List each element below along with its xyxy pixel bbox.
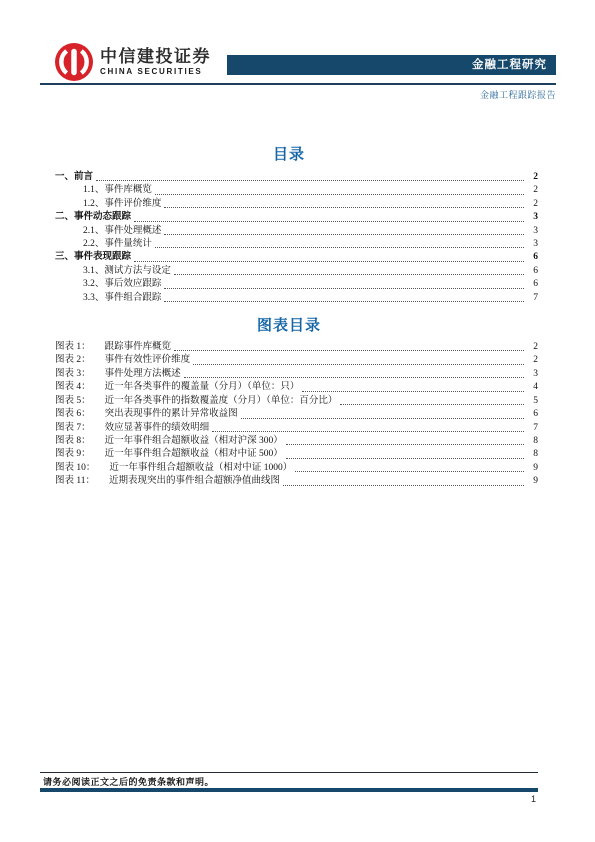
figure-entry-title: 事件有效性评价维度	[105, 354, 191, 367]
figure-entry[interactable]: 图表 8：近一年事件组合超额收益（相对沪深 300）8	[40, 435, 538, 448]
figure-entry-page: 7	[526, 422, 538, 435]
figure-entry-no: 图表 2：	[55, 354, 91, 367]
toc-entry-page: 3	[526, 211, 538, 224]
dot-leader	[340, 404, 524, 405]
dot-leader	[174, 350, 524, 351]
figure-entry-title: 近一年事件组合超额收益（相对沪深 300）	[105, 435, 283, 448]
company-logo: 中信建投证券 CHINA SECURITIES	[55, 43, 211, 81]
toc-entry-label: 1.2、事件评价维度	[83, 198, 161, 211]
figure-entry[interactable]: 图表 3：事件处理方法概述3	[40, 368, 538, 381]
toc-entry-page: 6	[526, 278, 538, 291]
figure-entry-page: 6	[526, 408, 538, 421]
toc-entry[interactable]: 1.2、事件评价维度2	[40, 198, 538, 211]
toc-entry-page: 3	[526, 238, 538, 251]
figure-entry[interactable]: 图表 5：近一年各类事件的指数覆盖度（分月）（单位：百分比）5	[40, 395, 538, 408]
figure-entry-no: 图表 6：	[55, 408, 91, 421]
dot-leader	[155, 247, 524, 248]
figure-entry-page: 8	[526, 448, 538, 461]
figure-entry[interactable]: 图表 6：突出表现事件的累计异常收益图6	[40, 408, 538, 421]
toc-entry-label: 3.2、事后效应跟踪	[83, 278, 161, 291]
dot-leader	[193, 364, 524, 365]
figure-entry-title: 近期表现突出的事件组合超额净值曲线图	[109, 475, 280, 488]
figure-entry-page: 2	[526, 341, 538, 354]
toc-entry-label: 二、事件动态跟踪	[55, 211, 131, 224]
figure-entry-no: 图表 5：	[55, 395, 91, 408]
toc-entry-page: 6	[526, 265, 538, 278]
toc-entry[interactable]: 二、事件动态跟踪3	[40, 211, 538, 224]
footer-divider-thin	[40, 772, 538, 773]
toc-entry-page: 2	[526, 198, 538, 211]
figure-entry-title: 效应显著事件的绩效明细	[105, 422, 210, 435]
toc-entry[interactable]: 2.1、事件处理概述3	[40, 225, 538, 238]
figure-entry-page: 5	[526, 395, 538, 408]
toc-entry-label: 3.1、测试方法与设定	[83, 265, 171, 278]
dot-leader	[164, 234, 524, 235]
figure-entry-title: 事件处理方法概述	[105, 368, 181, 381]
dot-leader	[295, 471, 524, 472]
dot-leader	[96, 180, 524, 181]
logo-name-cn: 中信建投证券	[100, 47, 211, 67]
toc-entry-label: 1.1、事件库概览	[83, 184, 152, 197]
dot-leader	[155, 194, 524, 195]
figure-entry-no: 图表 7：	[55, 422, 91, 435]
figure-entry-page: 8	[526, 435, 538, 448]
figure-entry-no: 图表 10：	[55, 462, 95, 475]
figure-entry[interactable]: 图表 11：近期表现突出的事件组合超额净值曲线图9	[40, 475, 538, 488]
toc-entry-page: 3	[526, 225, 538, 238]
figure-list-title: 图表目录	[40, 318, 538, 335]
dot-leader	[241, 418, 524, 419]
toc-entry-page: 2	[526, 171, 538, 184]
figure-entry-title: 近一年各类事件的覆盖量（分月）（单位：只）	[105, 381, 300, 394]
figure-entry-no: 图表 1：	[55, 341, 91, 354]
figure-entry-page: 2	[526, 354, 538, 367]
footer-divider-thick	[40, 788, 538, 792]
dot-leader	[164, 207, 524, 208]
figure-entry[interactable]: 图表 10：近一年事件组合超额收益（相对中证 1000）9	[40, 462, 538, 475]
page-number: 1	[40, 794, 536, 804]
logo-name-en: CHINA SECURITIES	[100, 67, 211, 77]
toc-entry[interactable]: 3.1、测试方法与设定6	[40, 265, 538, 278]
toc-entry[interactable]: 3.2、事后效应跟踪6	[40, 278, 538, 291]
figure-entry[interactable]: 图表 7：效应显著事件的绩效明细7	[40, 422, 538, 435]
toc-entry-label: 一、前言	[55, 171, 93, 184]
figure-entry[interactable]: 图表 9：近一年事件组合超额收益（相对中证 500）8	[40, 448, 538, 461]
dot-leader	[164, 288, 524, 289]
figure-entry-no: 图表 3：	[55, 368, 91, 381]
figure-entry-no: 图表 4：	[55, 381, 91, 394]
logo-text: 中信建投证券 CHINA SECURITIES	[100, 47, 211, 77]
toc-entry-page: 2	[526, 184, 538, 197]
figure-entry-title: 近一年事件组合超额收益（相对中证 500）	[105, 448, 283, 461]
section-banner: 金融工程研究	[227, 55, 556, 75]
figure-entry-page: 3	[526, 368, 538, 381]
figure-entry[interactable]: 图表 4：近一年各类事件的覆盖量（分月）（单位：只）4	[40, 381, 538, 394]
toc-entry[interactable]: 3.3、事件组合跟踪7	[40, 292, 538, 305]
citic-logo-icon	[55, 43, 93, 81]
toc-entry[interactable]: 三、事件表现跟踪6	[40, 251, 538, 264]
figure-entry[interactable]: 图表 2：事件有效性评价维度2	[40, 354, 538, 367]
header-divider	[40, 83, 556, 85]
dot-leader	[164, 301, 524, 302]
dot-leader	[212, 431, 524, 432]
dot-leader	[134, 221, 524, 222]
figure-entry-page: 9	[526, 462, 538, 475]
toc-entry-label: 2.2、事件量统计	[83, 238, 152, 251]
figure-entry-title: 近一年事件组合超额收益（相对中证 1000）	[109, 462, 292, 475]
report-page: 中信建投证券 CHINA SECURITIES 金融工程研究 金融工程跟踪报告 …	[0, 0, 595, 842]
toc-entry-page: 6	[526, 251, 538, 264]
table-of-contents: 目录 一、前言2 1.1、事件库概览2 1.2、事件评价维度2 二、事件动态跟踪…	[40, 147, 538, 489]
toc-entry-page: 7	[526, 292, 538, 305]
figure-entry-page: 4	[526, 381, 538, 394]
dot-leader	[286, 458, 524, 459]
dot-leader	[283, 485, 524, 486]
toc-title: 目录	[40, 147, 538, 164]
toc-entry[interactable]: 1.1、事件库概览2	[40, 184, 538, 197]
toc-entry-label: 三、事件表现跟踪	[55, 251, 131, 264]
dot-leader	[174, 274, 524, 275]
figure-entry-no: 图表 11：	[55, 475, 95, 488]
dot-leader	[134, 261, 524, 262]
figure-entry[interactable]: 图表 1：跟踪事件库概览2	[40, 341, 538, 354]
toc-entry[interactable]: 一、前言2	[40, 171, 538, 184]
toc-entry-label: 3.3、事件组合跟踪	[83, 292, 161, 305]
report-type-label: 金融工程跟踪报告	[227, 88, 556, 101]
dot-leader	[302, 391, 524, 392]
figure-entry-title: 跟踪事件库概览	[105, 341, 172, 354]
figure-entry-no: 图表 9：	[55, 448, 91, 461]
figure-entry-page: 9	[526, 475, 538, 488]
toc-entry[interactable]: 2.2、事件量统计3	[40, 238, 538, 251]
dot-leader	[184, 377, 524, 378]
figure-entry-title: 近一年各类事件的指数覆盖度（分月）（单位：百分比）	[105, 395, 338, 408]
figure-entry-no: 图表 8：	[55, 435, 91, 448]
toc-entry-label: 2.1、事件处理概述	[83, 225, 161, 238]
figure-entry-title: 突出表现事件的累计异常收益图	[105, 408, 238, 421]
dot-leader	[286, 444, 524, 445]
disclaimer-text: 请务必阅读正文之后的免责条款和声明。	[43, 775, 214, 788]
